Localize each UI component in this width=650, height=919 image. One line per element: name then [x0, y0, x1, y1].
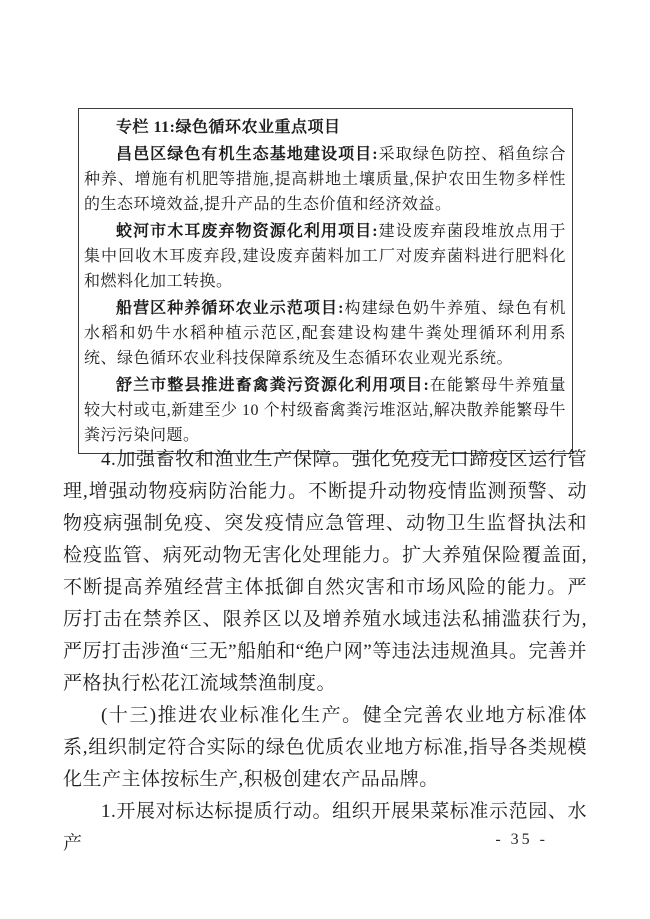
box-item: 昌邑区绿色有机生态基地建设项目:采取绿色防控、稻鱼综合种养、增施有机肥等措施,提…: [84, 142, 566, 217]
box-items: 昌邑区绿色有机生态基地建设项目:采取绿色防控、稻鱼综合种养、增施有机肥等措施,提…: [84, 142, 566, 448]
box-item-lead: 昌邑区绿色有机生态基地建设项目:: [116, 146, 378, 163]
document-page: 专栏 11:绿色循环农业重点项目 昌邑区绿色有机生态基地建设项目:采取绿色防控、…: [0, 0, 650, 919]
paragraph: 1.开展对标达标提质行动。组织开展果菜标准示范园、水产: [63, 796, 587, 860]
box-item: 船营区种养循环农业示范项目:构建绿色奶牛养殖、绿色有机水稻和奶牛水稻种植示范区,…: [84, 296, 566, 371]
box-item: 舒兰市整县推进畜禽粪污资源化利用项目:在能繁母牛养殖量较大村或屯,新建至少 10…: [84, 373, 566, 448]
box-item-lead: 舒兰市整县推进畜禽粪污资源化利用项目:: [116, 377, 429, 394]
paragraph: (十三)推进农业标准化生产。健全完善农业地方标准体系,组织制定符合实际的绿色优质…: [63, 700, 587, 796]
box-title: 专栏 11:绿色循环农业重点项目: [84, 115, 566, 140]
box-item-lead: 船营区种养循环农业示范项目:: [116, 300, 344, 317]
column-11-highlight-box: 专栏 11:绿色循环农业重点项目 昌邑区绿色有机生态基地建设项目:采取绿色防控、…: [78, 108, 573, 454]
box-item: 蛟河市木耳废弃物资源化利用项目:建设废弃菌段堆放点用于集中回收木耳废弃段,建设废…: [84, 219, 566, 294]
page-number: - 35 -: [495, 831, 548, 849]
body-paragraphs: 4.加强畜牧和渔业生产保障。强化免疫无口蹄疫区运行管理,增强动物疫病防治能力。不…: [63, 444, 587, 860]
box-item-lead: 蛟河市木耳废弃物资源化利用项目:: [116, 223, 378, 240]
paragraph: 4.加强畜牧和渔业生产保障。强化免疫无口蹄疫区运行管理,增强动物疫病防治能力。不…: [63, 444, 587, 700]
